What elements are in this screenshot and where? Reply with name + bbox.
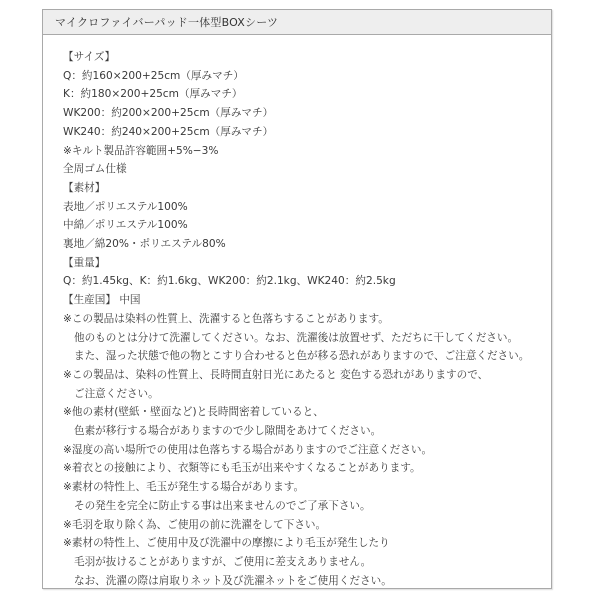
- size-line-q: Q：約160×200+25cm（厚みマチ）: [63, 67, 551, 86]
- weight-values: Q：約1.45kg、K：約1.6kg、WK200：約2.1kg、WK240：約2…: [63, 272, 551, 291]
- size-line-wk200: WK200：約200×200+25cm（厚みマチ）: [63, 104, 551, 123]
- care-note-continued: 色素が移行する場合がありますので少し隙間をあけてください。: [63, 422, 551, 441]
- care-note: ※素材の特性上、毛玉が発生する場合があります。: [63, 478, 551, 497]
- care-note: ※湿度の高い場所での使用は色落ちする場合がありますのでご注意ください。: [63, 441, 551, 460]
- care-note-continued: 毛羽が抜けることがありますが、ご使用に差支えありません。: [63, 553, 551, 572]
- care-note: ※他の素材(壁紙・壁面など)と長時間密着していると、: [63, 403, 551, 422]
- product-title: マイクロファイバーパッド一体型BOXシーツ: [55, 16, 278, 29]
- size-line-wk240: WK240：約240×200+25cm（厚みマチ）: [63, 123, 551, 142]
- country-of-origin: 【生産国】 中国: [63, 291, 551, 310]
- care-note-continued: その発生を完全に防止する事は出来ませんのでご了承下さい。: [63, 497, 551, 516]
- section-heading-size: 【サイズ】: [63, 48, 551, 67]
- section-heading-material: 【素材】: [63, 179, 551, 198]
- material-filling: 中綿／ポリエステル100%: [63, 216, 551, 235]
- care-note: ※この製品は染料の性質上、洗濯すると色落ちすることがあります。: [63, 310, 551, 329]
- care-note-continued: なお、洗濯の際は肩取りネット及び洗濯ネットをご使用ください。: [63, 572, 551, 591]
- size-line-k: K：約180×200+25cm（厚みマチ）: [63, 85, 551, 104]
- elastic-note: 全周ゴム仕様: [63, 160, 551, 179]
- care-note: ※着衣との接触により、衣類等にも毛玉が出来やすくなることがあります。: [63, 459, 551, 478]
- care-note: ※素材の特性上、ご使用中及び洗濯中の摩擦により毛玉が発生したり: [63, 534, 551, 553]
- material-surface: 表地／ポリエステル100%: [63, 198, 551, 217]
- care-note-continued: また、湿った状態で他の物とこすり合わせると色が移る恐れがありますので、ご注意くだ…: [63, 347, 551, 366]
- material-back: 裏地／綿20%・ポリエステル80%: [63, 235, 551, 254]
- spec-header: マイクロファイバーパッド一体型BOXシーツ: [43, 10, 551, 35]
- product-spec-box: マイクロファイバーパッド一体型BOXシーツ 【サイズ】 Q：約160×200+2…: [42, 9, 552, 589]
- care-note-continued: 他のものとは分けて洗濯してください。なお、洗濯後は放置せず、ただちに干してくださ…: [63, 329, 551, 348]
- section-heading-weight: 【重量】: [63, 254, 551, 273]
- size-tolerance-note: ※キルト製品許容範囲+5%−3%: [63, 142, 551, 161]
- care-note: ※毛羽を取り除く為、ご使用の前に洗濯をして下さい。: [63, 516, 551, 535]
- care-note-continued: ご注意ください。: [63, 385, 551, 404]
- care-note: ※この製品は、染料の性質上、長時間直射日光にあたると 変色する恐れがありますので…: [63, 366, 551, 385]
- spec-body: 【サイズ】 Q：約160×200+25cm（厚みマチ） K：約180×200+2…: [43, 35, 551, 590]
